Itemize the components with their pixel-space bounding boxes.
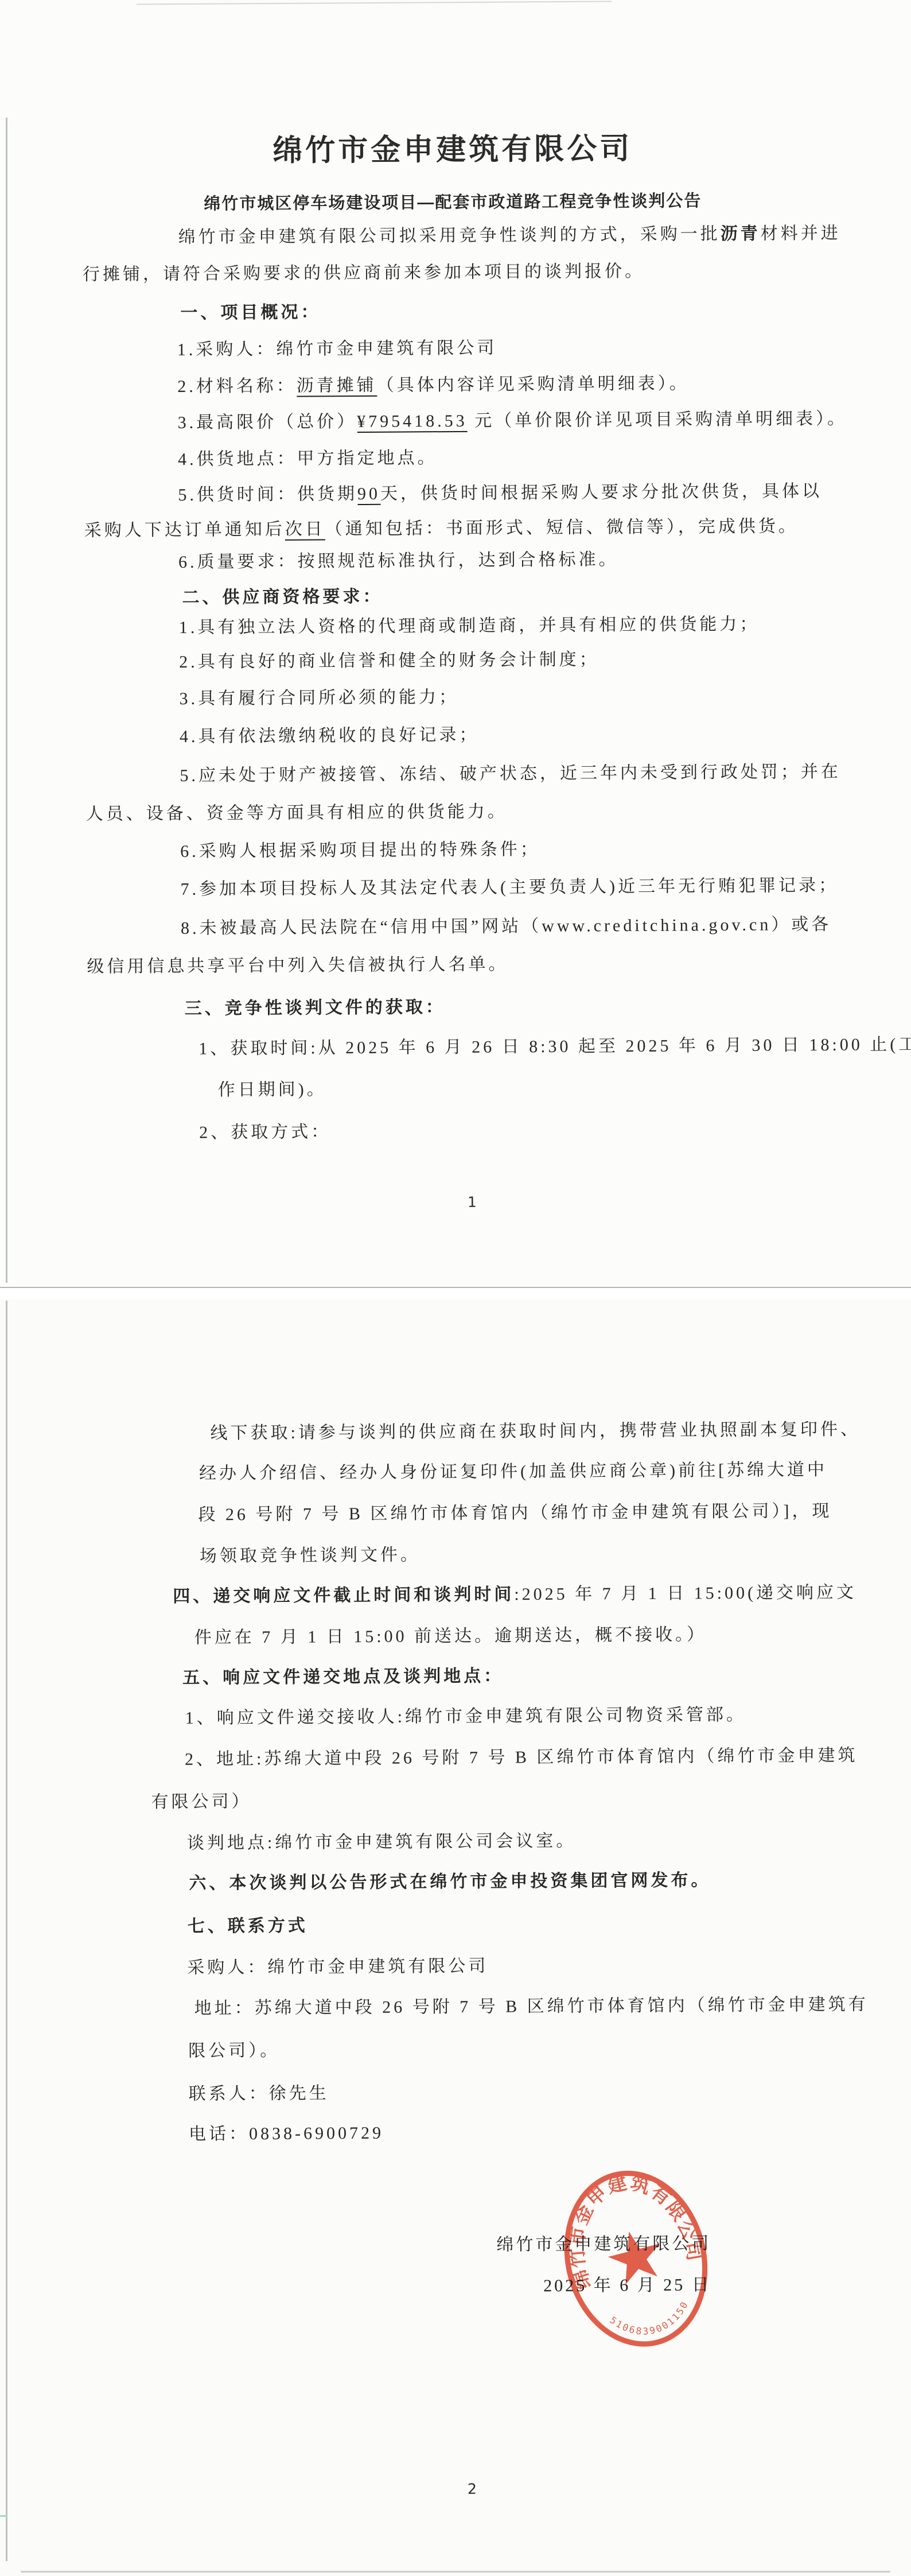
doc-line: 一、项目概况：	[180, 301, 321, 324]
doc-text-segment: 人员、设备、资金等方面具有相应的供货能力。	[86, 802, 508, 823]
doc-text-segment: 2.具有良好的商业信誉和健全的财务会计制度；	[179, 650, 599, 671]
doc-line: 1、获取时间:从 2025 年 6 月 26 日 8:30 起至 2025 年 …	[198, 1034, 911, 1060]
doc-text-segment: 7.参加本项目投标人及其法定代表人(主要负责人)近三年无行贿犯罪记录；	[181, 876, 839, 899]
doc-line: 8.未被最高人民法院在“信用中国”网站（www.creditchina.gov.…	[181, 914, 832, 940]
doc-text-segment: 有限公司）	[151, 1792, 251, 1811]
doc-text-segment: 4.供货地点：甲方指定地点。	[178, 448, 438, 469]
doc-text-segment: 限公司）。	[188, 2041, 280, 2061]
doc-text-segment: 四、递交响应文件截止时间和谈判时间	[173, 1585, 514, 1606]
doc-line: 6.质量要求：按照规范标准执行，达到合格标准。	[178, 549, 619, 573]
page-1: 绵竹市金申建筑有限公司 绵竹市城区停车场建设项目—配套市政道路工程竞争性谈判公告…	[0, 0, 911, 1287]
doc-line: 三、竞争性谈判文件的获取：	[185, 996, 446, 1020]
doc-line: 谈判地点:绵竹市金申建筑有限公司会议室。	[187, 1830, 577, 1855]
doc-text-segment: 1.具有独立法人资格的代理商或制造商，并具有相应的供货能力；	[179, 615, 760, 637]
doc-line: 作日期间)。	[218, 1078, 327, 1101]
doc-text-segment: 作日期间)。	[218, 1080, 327, 1099]
doc-line: 件应在 7 月 1 日 15:00 前送达。逾期送达，概不接收。）	[194, 1624, 707, 1648]
doc-text-segment: 件应在 7 月 1 日 15:00 前送达。逾期送达，概不接收。）	[194, 1625, 707, 1647]
doc-line: 线下获取:请参与谈判的供应商在获取时间内，携带营业执照副本复印件、	[211, 1419, 861, 1445]
doc-text-segment: 5.供货时间：供货期	[178, 484, 357, 505]
page1-number: 1	[455, 1194, 489, 1211]
doc-text-segment: 2、获取方式：	[199, 1122, 331, 1142]
doc-text-segment: 采购人：绵竹市金申建筑有限公司	[187, 1957, 488, 1977]
doc-text-segment: 4.具有依法缴纳税收的良好记录；	[180, 726, 480, 746]
doc-line: 联系人：徐先生	[189, 2082, 329, 2105]
doc-line: 7.参加本项目投标人及其法定代表人(主要负责人)近三年无行贿犯罪记录；	[180, 875, 839, 901]
doc-text-segment: 二、供应商资格要求：	[182, 587, 383, 607]
doc-text-segment: 经办人介绍信、经办人身份证复印件(加盖供应商公章)前往[苏绵大道中	[199, 1460, 827, 1483]
company-seal-stamp: 绵竹市金申建筑有限公司 5106839001150	[525, 2135, 747, 2382]
doc-text-segment: 6.质量要求：按照规范标准执行，达到合格标准。	[178, 550, 619, 572]
doc-line: 七、联系方式	[188, 1915, 308, 1938]
doc-line: 限公司）。	[188, 2040, 280, 2062]
doc-line: 1.采购人：绵竹市金申建筑有限公司	[177, 337, 497, 361]
doc-text-segment: 级信用信息共享平台中列入失信被执行人名单。	[87, 955, 508, 976]
doc-line: 四、递交响应文件截止时间和谈判时间:2025 年 7 月 1 日 15:00(递…	[173, 1582, 857, 1608]
doc-line: 有限公司）	[151, 1791, 251, 1813]
doc-line: 3.最高限价（总价）¥795418.53 元（单价限价详见项目采购清单明细表）。	[178, 408, 848, 434]
announcement-subtitle: 绵竹市城区停车场建设项目—配套市政道路工程竞争性谈判公告	[0, 187, 908, 216]
doc-line: 段 26 号附 7 号 B 区绵竹市体育馆内（绵竹市金申建筑有限公司）]，现	[198, 1500, 832, 1526]
doc-text-segment: 五、响应文件递交地点及谈判地点：	[182, 1666, 504, 1687]
doc-line: 2、获取方式：	[199, 1121, 331, 1143]
doc-line: 5.供货时间：供货期90天，供货时间根据采购人要求分批次供货，具体以	[178, 480, 822, 506]
doc-line: 5.应未处于财产被接管、冻结、破产状态，近三年内未受到行政处罚；并在	[180, 761, 841, 787]
doc-line: 1、响应文件递交接收人:绵竹市金申建筑有限公司物资采管部。	[185, 1704, 747, 1729]
doc-line: 电话：0838-6900729	[189, 2123, 384, 2146]
page2-number: 2	[455, 2481, 489, 2497]
doc-text-segment: 2、地址:苏绵大道中段 26 号附 7 号 B 区绵竹市体育馆内（绵竹市金申建筑	[185, 1746, 858, 1769]
doc-text-segment: 一、项目概况：	[180, 302, 321, 322]
doc-text-segment: 8.未被最高人民法院在“信用中国”网站（www.creditchina.gov.…	[181, 915, 831, 938]
doc-line: 4.具有依法缴纳税收的良好记录；	[180, 724, 480, 748]
doc-line: 场领取竞争性谈判文件。	[200, 1544, 421, 1567]
doc-line: 2.具有良好的商业信誉和健全的财务会计制度；	[179, 649, 599, 673]
doc-text-segment: 六、本次谈判以公告形式在绵竹市金申投资集团官网发布。	[189, 1871, 711, 1893]
doc-text-segment: 绵竹市金申建筑有限公司拟采用竞争性谈判的方式，采购一批	[178, 224, 721, 247]
doc-text-segment: 材料并进	[761, 224, 841, 243]
doc-text-segment: 天，供货时间根据采购人要求分批次供货，具体以	[380, 482, 822, 503]
doc-line: 地址：苏绵大道中段 26 号附 7 号 B 区绵竹市体育馆内（绵竹市金申建筑有	[194, 1994, 869, 2020]
doc-text-segment: 线下获取:请参与谈判的供应商在获取时间内，携带营业执照副本复印件、	[211, 1420, 861, 1443]
doc-text-segment: 1.采购人：绵竹市金申建筑有限公司	[177, 339, 497, 359]
doc-text-segment: 沥青	[721, 224, 761, 243]
company-title: 绵竹市金申建筑有限公司	[0, 122, 908, 171]
doc-line: 4.供货地点：甲方指定地点。	[178, 447, 438, 471]
page1-body: 绵竹市金申建筑有限公司拟采用竞争性谈判的方式，采购一批沥青材料并进行摊铺，请符合…	[0, 0, 907, 3]
doc-text-segment: 3.具有履行合同所必须的能力；	[179, 688, 459, 708]
doc-text-segment: 6.采购人根据采购项目提出的特殊条件；	[180, 840, 540, 861]
doc-line: 人员、设备、资金等方面具有相应的供货能力。	[86, 801, 508, 825]
doc-line: 采购人下达订单通知后次日（通知包括：书面形式、短信、微信等），完成供货。	[84, 515, 799, 542]
doc-line: 2.材料名称：沥青摊铺（具体内容详见采购清单明细表）。	[177, 373, 690, 398]
doc-text-segment: :2025 年 7 月 1 日 15:00(递交响应文	[514, 1583, 857, 1604]
doc-text-segment: （具体内容详见采购清单明细表）。	[377, 374, 690, 395]
doc-text-segment: 段 26 号附 7 号 B 区绵竹市体育馆内（绵竹市金申建筑有限公司）]，现	[198, 1502, 832, 1524]
doc-line: 行摊铺，请符合采购要求的供应商前来参加本项目的谈判报价。	[83, 261, 645, 286]
doc-text-segment: 5.应未处于财产被接管、冻结、破产状态，近三年内未受到行政处罚；并在	[180, 762, 841, 785]
doc-line: 2、地址:苏绵大道中段 26 号附 7 号 B 区绵竹市体育馆内（绵竹市金申建筑	[185, 1745, 858, 1771]
page-2: 线下获取:请参与谈判的供应商在获取时间内，携带营业执照副本复印件、经办人介绍信、…	[0, 1299, 911, 2576]
doc-text-segment: 联系人：徐先生	[189, 2084, 329, 2103]
doc-text-segment: 沥青摊铺	[297, 376, 377, 397]
signature-date: 2025 年 6 月 25 日	[543, 2270, 711, 2296]
doc-text-segment: （通知包括：书面形式、短信、微信等），完成供货。	[325, 517, 799, 538]
doc-text-segment: 1、响应文件递交接收人:绵竹市金申建筑有限公司物资采管部。	[185, 1705, 747, 1728]
doc-text-segment: 场领取竞争性谈判文件。	[200, 1545, 421, 1565]
doc-line: 五、响应文件递交地点及谈判地点：	[182, 1665, 504, 1689]
doc-text-segment: 90	[357, 484, 380, 505]
doc-line: 经办人介绍信、经办人身份证复印件(加盖供应商公章)前往[苏绵大道中	[199, 1459, 827, 1485]
doc-line: 六、本次谈判以公告形式在绵竹市金申投资集团官网发布。	[189, 1869, 711, 1895]
doc-text-segment: 1、获取时间:从 2025 年 6 月 26 日 8:30 起至 2025 年 …	[198, 1035, 911, 1058]
doc-text-segment: ¥795418.53	[357, 412, 468, 433]
doc-line: 绵竹市金申建筑有限公司拟采用竞争性谈判的方式，采购一批沥青材料并进	[178, 223, 841, 249]
doc-line: 采购人：绵竹市金申建筑有限公司	[187, 1956, 488, 1979]
doc-text-segment: 地址：苏绵大道中段 26 号附 7 号 B 区绵竹市体育馆内（绵竹市金申建筑有	[194, 1995, 869, 2018]
scanned-document: 绵竹市金申建筑有限公司 绵竹市城区停车场建设项目—配套市政道路工程竞争性谈判公告…	[0, 0, 911, 2576]
signature-company: 绵竹市金申建筑有限公司	[496, 2229, 711, 2255]
doc-text-segment: 3.最高限价（总价）	[178, 412, 357, 432]
doc-text-segment: 行摊铺，请符合采购要求的供应商前来参加本项目的谈判报价。	[83, 262, 645, 284]
doc-line: 1.具有独立法人资格的代理商或制造商，并具有相应的供货能力；	[179, 614, 760, 639]
doc-text-segment: 三、竞争性谈判文件的获取：	[185, 998, 446, 1018]
doc-line: 级信用信息共享平台中列入失信被执行人名单。	[87, 953, 508, 977]
doc-line: 二、供应商资格要求：	[182, 586, 383, 609]
doc-line: 3.具有履行合同所必须的能力；	[179, 686, 459, 710]
doc-text-segment: 七、联系方式	[188, 1917, 308, 1936]
doc-text-segment: 2.材料名称：	[177, 377, 297, 396]
doc-line: 6.采购人根据采购项目提出的特殊条件；	[180, 839, 540, 863]
doc-text-segment: 元（单价限价详见项目采购清单明细表）。	[468, 409, 848, 430]
doc-text-segment: 电话：0838-6900729	[189, 2124, 384, 2144]
doc-text-segment: 采购人下达订单通知后	[84, 520, 285, 540]
doc-text-segment: 次日	[285, 519, 325, 540]
doc-text-segment: 谈判地点:绵竹市金申建筑有限公司会议室。	[187, 1832, 577, 1853]
